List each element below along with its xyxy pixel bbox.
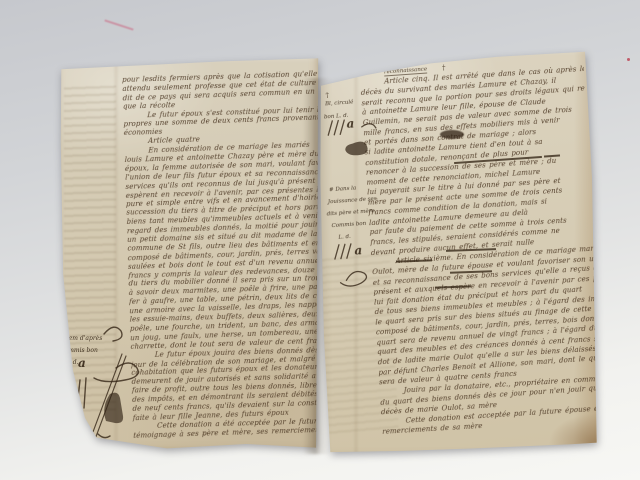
- right-page-wrapper: reconnaissance † Article cinq. Il est ar…: [314, 46, 606, 460]
- left-page-text: pour lesdits fermiers après que la cotis…: [122, 70, 320, 441]
- margin-initials: L. d.: [338, 234, 351, 242]
- ink-blot: [440, 130, 464, 139]
- margin-note: bon L. d.: [324, 113, 349, 122]
- margin-note: Commis bon: [331, 221, 366, 230]
- pink-scratch-mark: [104, 19, 133, 30]
- margin-letter-a: a: [346, 120, 354, 128]
- manuscript-right-page: reconnaissance † Article cinq. Il est ar…: [314, 46, 606, 460]
- margin-letter-a: a: [78, 360, 86, 367]
- margin-hash-mark: ≠: [61, 323, 68, 330]
- red-speck: [627, 58, 630, 61]
- margin-note: idem d'après: [63, 335, 102, 342]
- ink-bleedthrough: [64, 82, 116, 414]
- margin-note: Bl, circulé: [325, 99, 354, 108]
- margin-letter-a: a: [354, 247, 362, 255]
- margin-dagger-mark: †: [325, 91, 329, 99]
- margin-note: # Dans la: [329, 185, 357, 194]
- manuscript-left-page: pour lesdits fermiers après que la cotis…: [56, 54, 320, 454]
- margin-note: Jouissance de ses: [328, 196, 377, 206]
- page-number-mark: – 2 –: [196, 431, 212, 437]
- photograph-of-manuscript: pour lesdits fermiers après que la cotis…: [0, 0, 640, 480]
- margin-initials: L. d.: [65, 359, 79, 366]
- left-page-wrapper: pour lesdits fermiers après que la cotis…: [56, 54, 320, 454]
- paper-crease: [114, 54, 118, 454]
- margin-note: Commis bon: [60, 347, 98, 354]
- margin-note: dits père et mère,: [327, 208, 377, 218]
- insertion-dagger-mark: †: [442, 64, 446, 72]
